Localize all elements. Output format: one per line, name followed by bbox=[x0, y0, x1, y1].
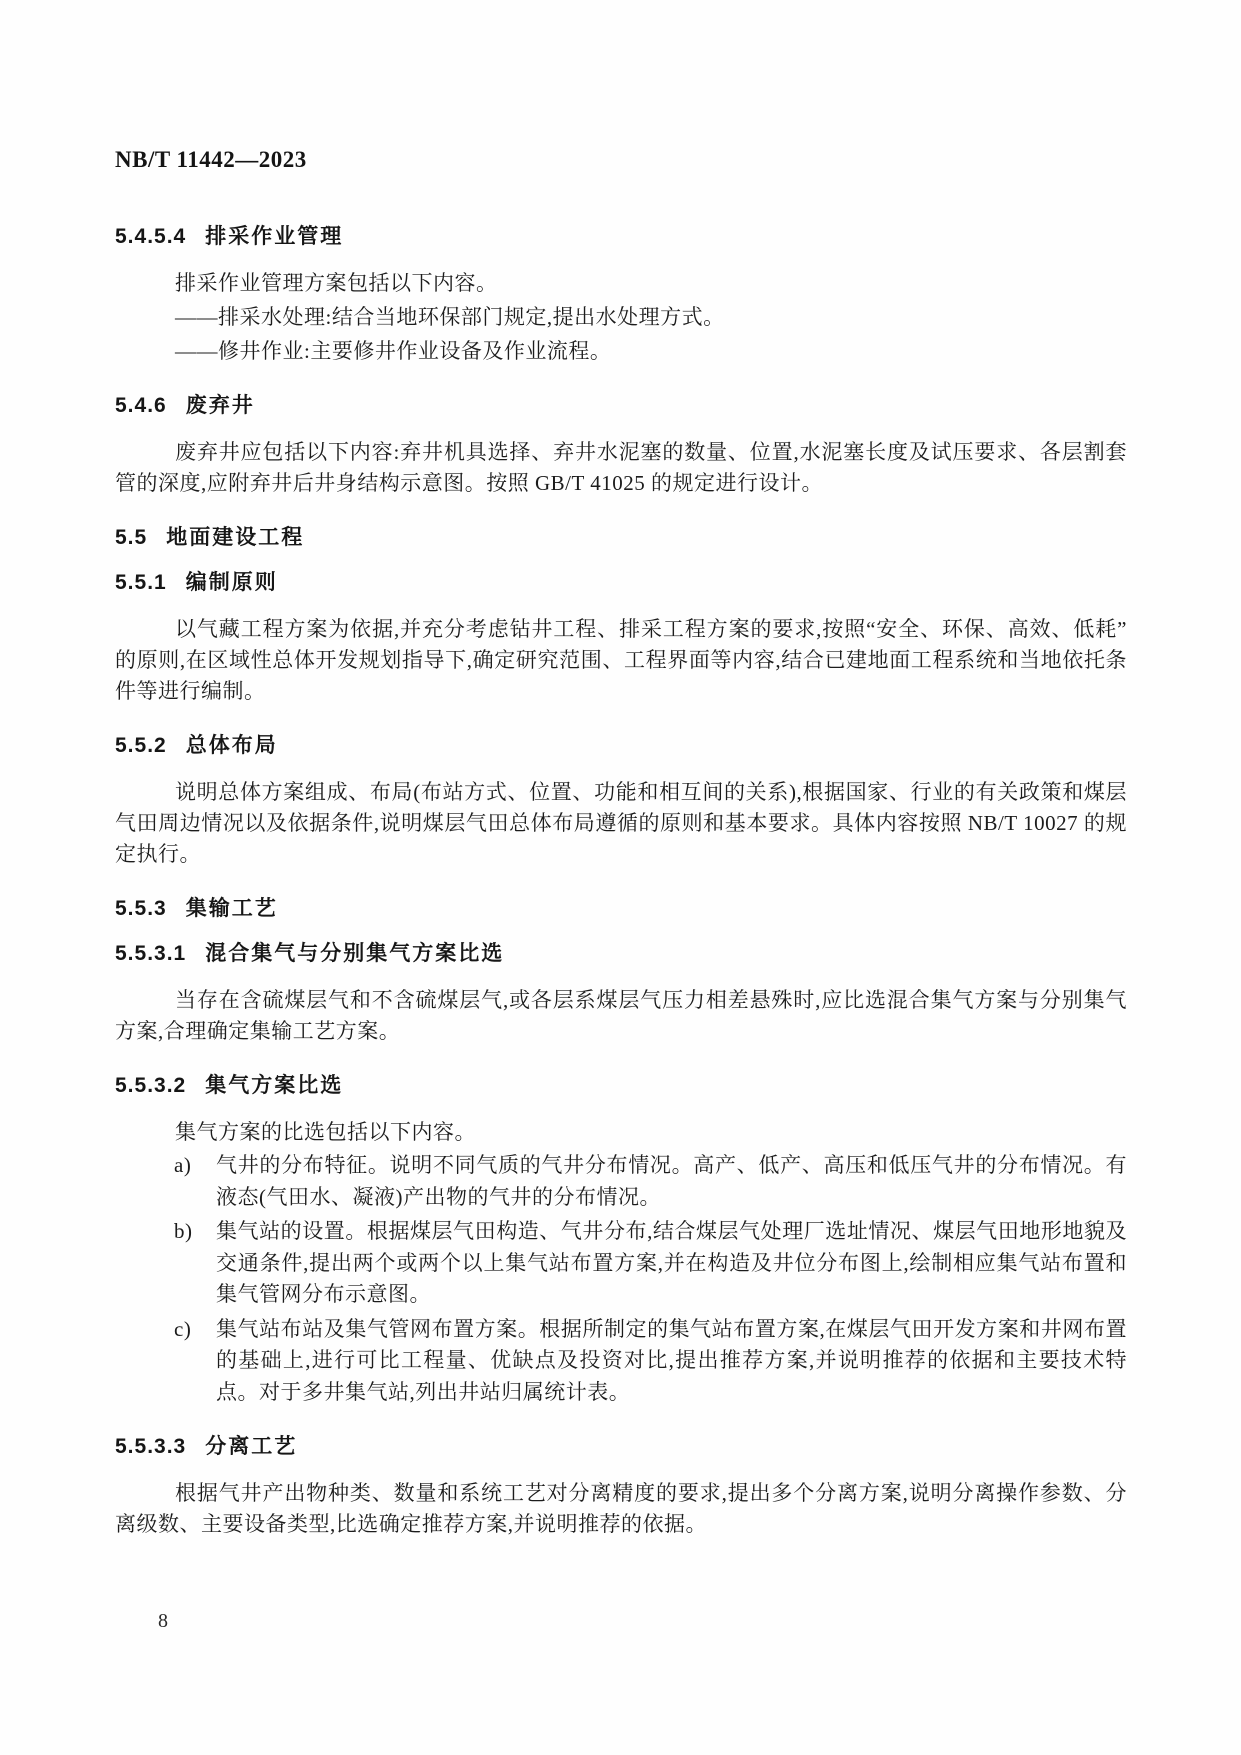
paragraph: 说明总体方案组成、布局(布站方式、位置、功能和相互间的关系),根据国家、行业的有… bbox=[115, 777, 1127, 870]
list-item-marker: c) bbox=[174, 1314, 191, 1346]
heading-title: 编制原则 bbox=[186, 571, 278, 594]
heading-5-5-3-1: 5.5.3.1混合集气与分别集气方案比选 bbox=[115, 940, 1127, 967]
paragraph: 废弃井应包括以下内容:弃井机具选择、弃井水泥塞的数量、位置,水泥塞长度及试压要求… bbox=[115, 437, 1127, 499]
ordered-list: a)气井的分布特征。说明不同气质的气井分布情况。高产、低产、高压和低压气井的分布… bbox=[115, 1150, 1127, 1408]
list-item-marker: b) bbox=[174, 1216, 193, 1248]
heading-5-5-3-2: 5.5.3.2集气方案比选 bbox=[115, 1072, 1127, 1099]
heading-title: 混合集气与分别集气方案比选 bbox=[205, 942, 504, 965]
heading-number: 5.5.3.1 bbox=[115, 942, 186, 965]
paragraph: 排采作业管理方案包括以下内容。 bbox=[115, 268, 1127, 299]
heading-number: 5.5.2 bbox=[115, 734, 167, 757]
list-item-a: a)气井的分布特征。说明不同气质的气井分布情况。高产、低产、高压和低压气井的分布… bbox=[115, 1150, 1127, 1213]
heading-5-4-6: 5.4.6废弃井 bbox=[115, 392, 1127, 419]
heading-number: 5.5.3.3 bbox=[115, 1435, 186, 1458]
list-item-marker: a) bbox=[174, 1150, 191, 1182]
paragraph: 当存在含硫煤层气和不含硫煤层气,或各层系煤层气压力相差悬殊时,应比选混合集气方案… bbox=[115, 985, 1127, 1047]
heading-title: 集气方案比选 bbox=[205, 1074, 343, 1097]
heading-title: 总体布局 bbox=[186, 734, 278, 757]
heading-5-5: 5.5地面建设工程 bbox=[115, 524, 1127, 551]
heading-5-5-1: 5.5.1编制原则 bbox=[115, 569, 1127, 596]
page-content: NB/T 11442—2023 5.4.5.4排采作业管理 排采作业管理方案包括… bbox=[115, 147, 1127, 1540]
list-item-text: 集气站的设置。根据煤层气田构造、气井分布,结合煤层气处理厂选址情况、煤层气田地形… bbox=[216, 1219, 1127, 1306]
document-page: NB/T 11442—2023 5.4.5.4排采作业管理 排采作业管理方案包括… bbox=[0, 0, 1241, 1755]
heading-number: 5.5 bbox=[115, 526, 147, 549]
page-number: 8 bbox=[158, 1610, 168, 1633]
heading-5-4-5-4: 5.4.5.4排采作业管理 bbox=[115, 223, 1127, 250]
list-item-text: 气井的分布特征。说明不同气质的气井分布情况。高产、低产、高压和低压气井的分布情况… bbox=[216, 1153, 1127, 1209]
heading-5-5-3-3: 5.5.3.3分离工艺 bbox=[115, 1433, 1127, 1460]
heading-title: 废弃井 bbox=[186, 394, 255, 417]
paragraph: 根据气井产出物种类、数量和系统工艺对分离精度的要求,提出多个分离方案,说明分离操… bbox=[115, 1478, 1127, 1540]
heading-number: 5.5.1 bbox=[115, 571, 167, 594]
heading-number: 5.4.5.4 bbox=[115, 225, 186, 248]
standard-code-header: NB/T 11442—2023 bbox=[115, 147, 1127, 173]
list-item-text: 集气站布站及集气管网布置方案。根据所制定的集气站布置方案,在煤层气田开发方案和井… bbox=[216, 1317, 1127, 1404]
heading-title: 地面建设工程 bbox=[166, 526, 304, 549]
dash-item: ——排采水处理:结合当地环保部门规定,提出水处理方式。 bbox=[115, 302, 1127, 333]
paragraph: 以气藏工程方案为依据,并充分考虑钻井工程、排采工程方案的要求,按照“安全、环保、… bbox=[115, 614, 1127, 707]
list-item-b: b)集气站的设置。根据煤层气田构造、气井分布,结合煤层气处理厂选址情况、煤层气田… bbox=[115, 1216, 1127, 1311]
heading-title: 分离工艺 bbox=[205, 1435, 297, 1458]
heading-number: 5.4.6 bbox=[115, 394, 167, 417]
heading-number: 5.5.3.2 bbox=[115, 1074, 186, 1097]
dash-item: ——修井作业:主要修井作业设备及作业流程。 bbox=[115, 336, 1127, 367]
heading-title: 集输工艺 bbox=[186, 897, 278, 920]
list-item-c: c)集气站布站及集气管网布置方案。根据所制定的集气站布置方案,在煤层气田开发方案… bbox=[115, 1314, 1127, 1409]
heading-title: 排采作业管理 bbox=[205, 225, 343, 248]
paragraph: 集气方案的比选包括以下内容。 bbox=[115, 1117, 1127, 1148]
heading-number: 5.5.3 bbox=[115, 897, 167, 920]
heading-5-5-2: 5.5.2总体布局 bbox=[115, 732, 1127, 759]
heading-5-5-3: 5.5.3集输工艺 bbox=[115, 895, 1127, 922]
